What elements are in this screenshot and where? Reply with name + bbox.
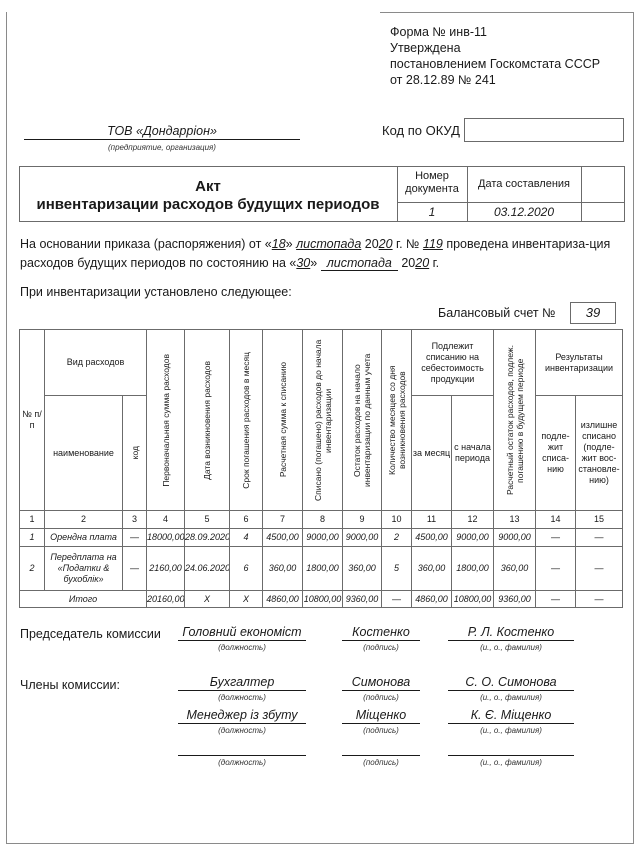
table-cell: 4500,00 <box>263 529 303 547</box>
table-cell: 2 <box>20 547 45 591</box>
header-kind: Вид расходов <box>45 330 147 396</box>
table-cell: 18000,00 <box>147 529 185 547</box>
total-cell: Х <box>185 591 230 608</box>
state-month: листопада <box>321 256 398 271</box>
form-approved: Утверждена <box>390 40 600 56</box>
table-cell: 2 <box>382 529 412 547</box>
table-cell: — <box>536 529 576 547</box>
signature-signature-field[interactable]: Симонова <box>342 675 420 691</box>
header-months: Количество месяцев со дня возникновения … <box>387 338 407 503</box>
total-cell: 9360,00 <box>494 591 536 608</box>
signature-position-field[interactable]: Бухгалтер <box>178 675 306 691</box>
table-cell: 360,00 <box>263 547 303 591</box>
column-number: 6 <box>230 511 263 529</box>
total-cell: Х <box>230 591 263 608</box>
table-cell: — <box>123 529 147 547</box>
doc-date-label: Дата составления <box>467 178 581 191</box>
header-results: Результаты инвентаризации <box>536 330 623 396</box>
table-row: 1Орендна плата—18000,0028.09.202044500,0… <box>20 529 623 547</box>
header-month: за месяц <box>412 396 452 511</box>
table-cell: 1800,00 <box>303 547 343 591</box>
form-date: от 28.12.89 № 241 <box>390 72 600 88</box>
total-label: Итого <box>20 591 147 608</box>
members-label: Члены комиссии: <box>20 678 120 692</box>
total-row: Итого20160,00ХХ4860,0010800,009360,00—48… <box>20 591 623 608</box>
signature-name-field[interactable]: С. О. Симонова <box>448 675 574 691</box>
header-term: Срок погашения расходов в месяц <box>241 352 251 489</box>
doc-date: 03.12.2020 <box>467 205 581 219</box>
form-meta: Форма № инв-11 Утверждена постановлением… <box>390 24 600 88</box>
document-title: Акт инвентаризации расходов будущих пери… <box>19 178 397 214</box>
account-number: 39 <box>570 302 616 324</box>
total-cell: — <box>536 591 576 608</box>
header-date: Дата возникновения расходов <box>202 361 212 480</box>
signature-position-caption: (должность) <box>178 758 306 767</box>
header-to-write: подле-жит списа-нию <box>536 396 576 511</box>
header-excess: излишне списано (подле-жит вос-становле-… <box>576 396 623 511</box>
signature-name-field[interactable]: К. Є. Міщенко <box>448 708 574 724</box>
column-number: 7 <box>263 511 303 529</box>
signature-name-caption: (и., о., фамилия) <box>448 643 574 652</box>
total-cell: — <box>382 591 412 608</box>
table-cell: 360,00 <box>343 547 382 591</box>
table-cell: 360,00 <box>412 547 452 591</box>
total-cell: 10800,00 <box>452 591 494 608</box>
table-cell: 9000,00 <box>452 529 494 547</box>
table-cell: 6 <box>230 547 263 591</box>
table-cell: Передплата на «Податки & бухоблік» <box>45 547 123 591</box>
header-number: № п/п <box>20 330 45 511</box>
organization-name: ТОВ «Дондарріон» <box>24 123 300 140</box>
signature-signature-field[interactable]: Міщенко <box>342 708 420 724</box>
table-cell: 24.06.2020 <box>185 547 230 591</box>
column-number: 8 <box>303 511 343 529</box>
table-cell: 5 <box>382 547 412 591</box>
total-cell: — <box>576 591 623 608</box>
table-cell: 9000,00 <box>303 529 343 547</box>
table-cell: 9000,00 <box>343 529 382 547</box>
table-cell: — <box>576 547 623 591</box>
total-cell: 9360,00 <box>343 591 382 608</box>
signature-name-caption: (и., о., фамилия) <box>448 693 574 702</box>
table-cell: — <box>536 547 576 591</box>
signature-signature-caption: (подпись) <box>342 726 420 735</box>
total-cell: 4860,00 <box>412 591 452 608</box>
signature-signature-caption: (подпись) <box>342 758 420 767</box>
table-cell: 1800,00 <box>452 547 494 591</box>
form-number: Форма № инв-11 <box>390 24 600 40</box>
header-code: код <box>130 446 140 459</box>
table-cell: — <box>576 529 623 547</box>
header-name: наименование <box>45 396 123 511</box>
column-number: 9 <box>343 511 382 529</box>
table-cell: — <box>123 547 147 591</box>
chair-label: Председатель комиссии <box>20 627 161 641</box>
signature-name-caption: (и., о., фамилия) <box>448 758 574 767</box>
state-day: 30 <box>296 256 310 270</box>
okud-label: Код по ОКУД <box>382 123 460 138</box>
header-subject: Подлежит списанию на себестоимость проду… <box>412 330 494 396</box>
column-numbers-row: 123456789101112131415 <box>20 511 623 529</box>
state-year: 20 <box>415 256 429 270</box>
signature-name-field[interactable] <box>448 740 574 756</box>
column-number: 5 <box>185 511 230 529</box>
signature-signature-caption: (подпись) <box>342 693 420 702</box>
column-number: 1 <box>20 511 45 529</box>
form-resolution: постановлением Госкомстата СССР <box>390 56 600 72</box>
table-cell: 28.09.2020 <box>185 529 230 547</box>
account-label: Балансовый счет № <box>438 306 556 320</box>
table-row: 2Передплата на «Податки & бухоблік»—2160… <box>20 547 623 591</box>
okud-field[interactable] <box>464 118 624 142</box>
signature-position-field[interactable]: Головний економіст <box>178 625 306 641</box>
table-cell: Орендна плата <box>45 529 123 547</box>
column-number: 4 <box>147 511 185 529</box>
doc-number-label: Номер документа <box>397 170 467 196</box>
inventory-table: № п/п Вид расходов Первоначальная сумма … <box>19 329 623 608</box>
basis-paragraph: На основании приказа (распоряжения) от «… <box>20 235 620 273</box>
total-cell: 10800,00 <box>303 591 343 608</box>
doc-number: 1 <box>397 205 467 219</box>
order-month: листопада <box>296 237 361 251</box>
header-written: Списано (погашено) расходов до начала ин… <box>313 338 333 503</box>
order-day: 18 <box>272 237 286 251</box>
header-balance: Остаток расходов на начало инвентаризаци… <box>352 338 372 503</box>
column-number: 10 <box>382 511 412 529</box>
order-number: 119 <box>423 237 443 251</box>
column-number: 14 <box>536 511 576 529</box>
header-future: Расчетный остаток расходов, подлеж. пога… <box>505 338 525 503</box>
column-number: 3 <box>123 511 147 529</box>
column-number: 15 <box>576 511 623 529</box>
title-line-2: инвентаризации расходов будущих периодов <box>19 196 397 214</box>
signature-name-caption: (и., о., фамилия) <box>448 726 574 735</box>
header-period: с начала периода <box>452 396 494 511</box>
header-initial: Первоначальная сумма расходов <box>161 354 171 487</box>
signature-name-field[interactable]: Р. Л. Костенко <box>448 625 574 641</box>
signature-signature-caption: (подпись) <box>342 643 420 652</box>
table-cell: 360,00 <box>494 547 536 591</box>
column-number: 2 <box>45 511 123 529</box>
total-cell: 4860,00 <box>263 591 303 608</box>
found-text: При инвентаризации установлено следующее… <box>20 285 292 299</box>
total-cell: 20160,00 <box>147 591 185 608</box>
organization-caption: (предприятие, организация) <box>24 143 300 152</box>
column-number: 12 <box>452 511 494 529</box>
signature-position-field[interactable] <box>178 740 306 756</box>
signature-signature-field[interactable]: Костенко <box>342 625 420 641</box>
column-number: 11 <box>412 511 452 529</box>
order-year: 20 <box>379 237 393 251</box>
signature-position-caption: (должность) <box>178 693 306 702</box>
signature-position-caption: (должность) <box>178 643 306 652</box>
table-cell: 2160,00 <box>147 547 185 591</box>
signature-signature-field[interactable] <box>342 740 420 756</box>
header-calc: Расчетная сумма к списанию <box>278 362 288 477</box>
signature-position-caption: (должность) <box>178 726 306 735</box>
table-cell: 9000,00 <box>494 529 536 547</box>
frame-top-border <box>380 12 634 13</box>
signature-position-field[interactable]: Менеджер із збуту <box>178 708 306 724</box>
table-cell: 1 <box>20 529 45 547</box>
table-cell: 4500,00 <box>412 529 452 547</box>
table-cell: 4 <box>230 529 263 547</box>
title-line-1: Акт <box>19 178 397 196</box>
column-number: 13 <box>494 511 536 529</box>
